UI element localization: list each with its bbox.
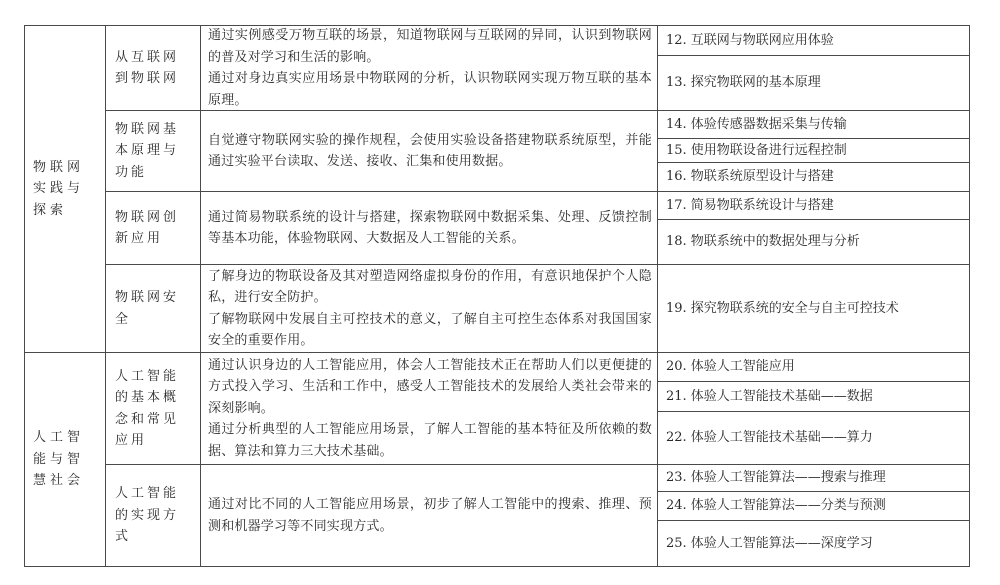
curriculum-table: 物联网实践与探索 人工智能与智慧社会 从互联网到物联网 通过实例感受万物互联的场…: [24, 25, 970, 567]
activity-item: 12. 互联网与物联网应用体验: [658, 26, 969, 56]
activity-item: 25. 体验人工智能算法——深度学习: [658, 521, 969, 566]
requirement-cell: 通过认识身边的人工智能应用，体会人工智能技术正在帮助人们以更便捷的方式投入学习、…: [201, 353, 658, 464]
activity-label: 20. 体验人工智能应用: [666, 356, 795, 378]
activity-item: 22. 体验人工智能技术基础——算力: [658, 412, 969, 464]
activity-item: 18. 物联系统中的数据处理与分析: [658, 220, 969, 264]
activity-item: 15. 使用物联设备进行远程控制: [658, 139, 969, 163]
topic-label: 从互联网到物联网: [115, 47, 194, 90]
activity-item: 24. 体验人工智能算法——分类与预测: [658, 492, 969, 521]
activity-label: 14. 体验传感器数据采集与传输: [666, 114, 847, 136]
topic-label: 物联网创新应用: [115, 207, 194, 250]
topic-label: 人工智能的基本概念和常见应用: [115, 366, 194, 452]
category-ai: 人工智能与智慧社会: [25, 353, 106, 566]
topic-cell: 物联网创新应用: [106, 192, 201, 264]
activity-label: 15. 使用物联设备进行远程控制: [666, 140, 847, 162]
activity-label: 18. 物联系统中的数据处理与分析: [666, 231, 860, 253]
activity-label: 22. 体验人工智能技术基础——算力: [666, 427, 873, 449]
activity-item: 19. 探究物联系统的安全与自主可控技术: [658, 265, 969, 352]
category-iot: 物联网实践与探索: [25, 26, 106, 352]
activity-label: 19. 探究物联系统的安全与自主可控技术: [666, 298, 899, 320]
requirement-text: 了解身边的物联设备及其对塑造网络虚拟身份的作用，有意识地保护个人隐私，进行安全防…: [208, 266, 652, 309]
activity-label: 13. 探究物联网的基本原理: [666, 72, 821, 94]
activity-item: 21. 体验人工智能技术基础——数据: [658, 382, 969, 412]
activity-label: 16. 物联系统原型设计与搭建: [666, 166, 834, 188]
activity-item: 16. 物联系统原型设计与搭建: [658, 163, 969, 191]
requirement-text: 通过简易物联系统的设计与搭建，探索物联网中数据采集、处理、反馈控制等基本功能，体…: [208, 207, 652, 250]
requirement-cell: 通过简易物联系统的设计与搭建，探索物联网中数据采集、处理、反馈控制等基本功能，体…: [201, 192, 658, 264]
activity-item: 23. 体验人工智能算法——搜索与推理: [658, 465, 969, 492]
category-label: 物联网实践与探索: [33, 157, 99, 222]
requirement-text: 通过对比不同的人工智能应用场景，初步了解人工智能中的搜索、推理、预测和机器学习等…: [208, 494, 652, 537]
requirement-cell: 了解身边的物联设备及其对塑造网络虚拟身份的作用，有意识地保护个人隐私，进行安全防…: [201, 265, 658, 352]
activity-label: 17. 简易物联系统设计与搭建: [666, 195, 834, 217]
topic-cell: 物联网基本原理与功能: [106, 111, 201, 191]
category-label: 人工智能与智慧社会: [33, 427, 99, 492]
activity-item: 20. 体验人工智能应用: [658, 353, 969, 382]
topic-cell: 从互联网到物联网: [106, 26, 201, 110]
topic-cell: 物联网安全: [106, 265, 201, 352]
requirement-text: 通过实例感受万物互联的场景，知道物联网与互联网的异同，认识到物联网的普及对学习和…: [208, 25, 652, 68]
topic-label: 物联网安全: [115, 287, 194, 330]
activity-label: 12. 互联网与物联网应用体验: [666, 30, 834, 52]
activity-label: 25. 体验人工智能算法——深度学习: [666, 533, 873, 555]
requirement-text: 通过对身边真实应用场景中物联网的分析，认识物联网实现万物互联的基本原理。: [208, 68, 652, 111]
topic-label: 物联网基本原理与功能: [115, 119, 194, 184]
topic-label: 人工智能的实现方式: [115, 483, 194, 548]
activity-label: 24. 体验人工智能算法——分类与预测: [666, 495, 886, 517]
activity-label: 23. 体验人工智能算法——搜索与推理: [666, 467, 886, 489]
requirement-cell: 自觉遵守物联网实验的操作规程，会使用实验设备搭建物联系统原型，并能通过实验平台读…: [201, 111, 658, 191]
requirement-text: 通过分析典型的人工智能应用场景，了解人工智能的基本特征及所依赖的数据、算法和算力…: [208, 419, 652, 462]
requirement-cell: 通过实例感受万物互联的场景，知道物联网与互联网的异同，认识到物联网的普及对学习和…: [201, 26, 658, 110]
requirement-text: 通过认识身边的人工智能应用，体会人工智能技术正在帮助人们以更便捷的方式投入学习、…: [208, 355, 652, 420]
topic-cell: 人工智能的实现方式: [106, 465, 201, 566]
activity-item: 17. 简易物联系统设计与搭建: [658, 192, 969, 220]
requirement-cell: 通过对比不同的人工智能应用场景，初步了解人工智能中的搜索、推理、预测和机器学习等…: [201, 465, 658, 566]
activity-item: 14. 体验传感器数据采集与传输: [658, 111, 969, 139]
activity-item: 13. 探究物联网的基本原理: [658, 56, 969, 110]
activity-label: 21. 体验人工智能技术基础——数据: [666, 386, 873, 408]
topic-cell: 人工智能的基本概念和常见应用: [106, 353, 201, 464]
requirement-text: 自觉遵守物联网实验的操作规程，会使用实验设备搭建物联系统原型，并能通过实验平台读…: [208, 130, 652, 173]
requirement-text: 了解物联网中发展自主可控技术的意义，了解自主可控生态体系对我国国家安全的重要作用…: [208, 309, 652, 352]
